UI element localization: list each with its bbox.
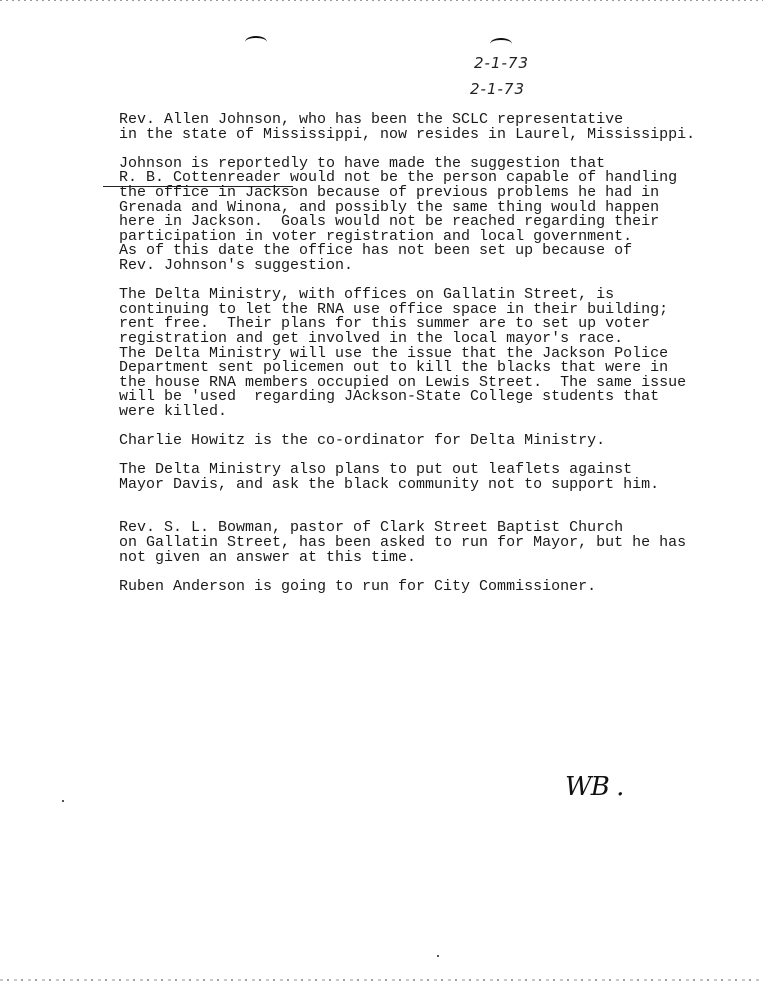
paragraph-johnson-residence: Rev. Allen Johnson, who has been the SCL… xyxy=(119,113,719,142)
handwritten-date-2: 2-1-73 xyxy=(470,80,525,98)
scan-speck xyxy=(437,955,439,957)
paragraph-bowman: Rev. S. L. Bowman, pastor of Clark Stree… xyxy=(119,521,719,565)
paragraph-anderson: Ruben Anderson is going to run for City … xyxy=(119,580,719,595)
text-line: in the state of Mississippi, now resides… xyxy=(119,126,695,143)
punch-mark-left xyxy=(245,36,267,48)
text-line: Charlie Howitz is the co-ordinator for D… xyxy=(119,432,605,449)
paragraph-johnson-suggestion: Johnson is reportedly to have made the s… xyxy=(119,157,719,274)
document-body: Rev. Allen Johnson, who has been the SCL… xyxy=(119,113,719,609)
paragraph-howitz: Charlie Howitz is the co-ordinator for D… xyxy=(119,434,719,449)
text-line: Mayor Davis, and ask the black community… xyxy=(119,476,659,493)
scan-bottom-edge xyxy=(0,979,763,981)
handwritten-initials: WB . xyxy=(565,772,623,802)
handwritten-date-1: 2-1-73 xyxy=(474,54,529,72)
text-line: Ruben Anderson is going to run for City … xyxy=(119,578,596,595)
text-line: Rev. Johnson's suggestion. xyxy=(119,257,353,274)
scan-top-edge xyxy=(0,0,763,1)
text-line: were killed. xyxy=(119,403,227,420)
punch-mark-right xyxy=(490,38,512,50)
scan-speck xyxy=(62,800,64,802)
paragraph-leaflets: The Delta Ministry also plans to put out… xyxy=(119,463,719,492)
paragraph-delta-ministry: The Delta Ministry, with offices on Gall… xyxy=(119,288,719,419)
text-line: not given an answer at this time. xyxy=(119,549,416,566)
